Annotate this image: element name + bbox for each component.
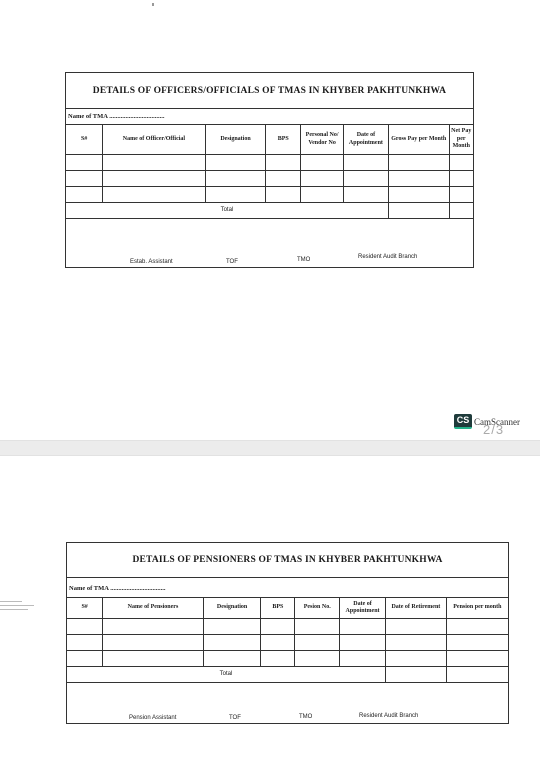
header-sno: S# — [66, 125, 103, 155]
signatory-pension-assistant: Pension Assistant — [129, 715, 176, 721]
camscanner-logo-icon: CS — [454, 414, 472, 429]
header-date-appointment: Date of Appointment — [340, 598, 386, 619]
header-bps: BPS — [266, 125, 301, 155]
name-of-tma-label: Name of TMA ............................… — [68, 113, 164, 120]
divider — [67, 577, 508, 578]
signatory-resident-audit: Resident Audit Branch — [359, 713, 418, 719]
total-label: Total — [67, 667, 386, 683]
header-sno: S# — [67, 598, 103, 619]
table-row — [67, 619, 508, 635]
signatory-tof: TOF — [229, 715, 241, 721]
header-name: Name of Officer/Official — [103, 125, 205, 155]
officers-table: S# Name of Officer/Official Designation … — [66, 124, 473, 219]
header-gross-pay: Gross Pay per Month — [388, 125, 449, 155]
header-pension-no: Pesion No. — [295, 598, 340, 619]
total-row: Total — [66, 203, 473, 219]
pensioners-table: S# Name of Pensioners Designation BPS Pe… — [67, 597, 508, 683]
table-row — [67, 635, 508, 651]
header-pension-month: Pension per month — [446, 598, 508, 619]
header-date-retirement: Date of Retirement — [386, 598, 447, 619]
total-label: Total — [66, 203, 388, 219]
table-row — [66, 171, 473, 187]
signatory-estab-assistant: Estab. Assistant — [130, 259, 173, 265]
signatory-resident-audit: Resident Audit Branch — [358, 254, 417, 260]
table-row — [67, 651, 508, 667]
header-date-appointment: Date of Appointment — [343, 125, 388, 155]
page-separator — [0, 440, 540, 456]
header-name: Name of Pensioners — [103, 598, 203, 619]
signatory-tof: TOF — [226, 259, 238, 265]
page-indicator: 2/3 — [483, 422, 504, 437]
header-designation: Designation — [203, 598, 261, 619]
form-title: DETAILS OF OFFICERS/OFFICIALS OF TMAS IN… — [66, 86, 473, 96]
signatory-tmo: TMO — [297, 257, 310, 263]
header-bps: BPS — [261, 598, 295, 619]
form-title: DETAILS OF PENSIONERS OF TMAS IN KHYBER … — [67, 555, 508, 565]
header-personal-no: Personal No/ Vendor No — [301, 125, 344, 155]
divider — [66, 108, 473, 109]
header-designation: Designation — [205, 125, 266, 155]
table-header-row: S# Name of Officer/Official Designation … — [66, 125, 473, 155]
name-of-tma-label: Name of TMA ............................… — [69, 585, 165, 592]
scanned-page-1: DETAILS OF OFFICERS/OFFICIALS OF TMAS IN… — [0, 0, 540, 440]
officers-form: DETAILS OF OFFICERS/OFFICIALS OF TMAS IN… — [65, 72, 474, 268]
pensioners-form: DETAILS OF PENSIONERS OF TMAS IN KHYBER … — [66, 542, 509, 724]
table-row — [66, 155, 473, 171]
table-row — [66, 187, 473, 203]
header-net-pay: Net Pay per Month — [449, 125, 473, 155]
total-row: Total — [67, 667, 508, 683]
table-header-row: S# Name of Pensioners Designation BPS Pe… — [67, 598, 508, 619]
scan-speck — [152, 3, 154, 6]
signatory-tmo: TMO — [299, 714, 312, 720]
